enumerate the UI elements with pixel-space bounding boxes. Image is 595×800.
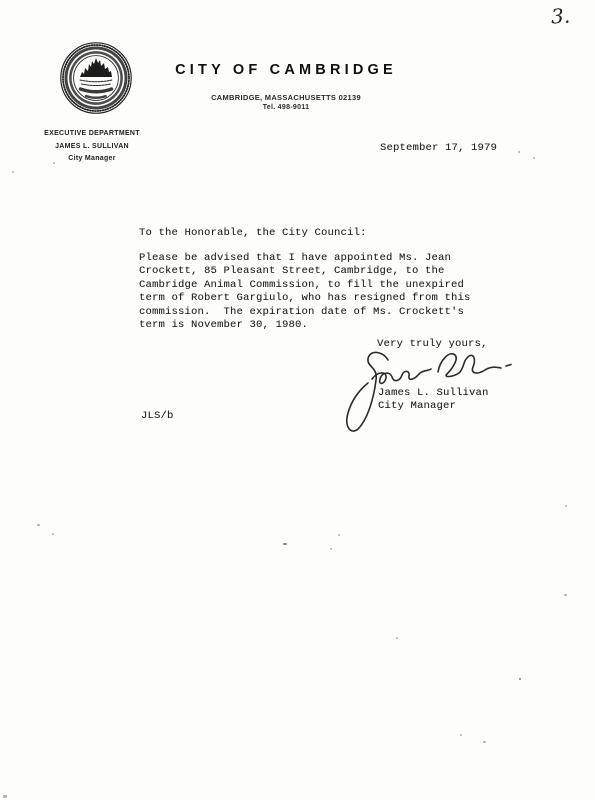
scan-artifact	[37, 524, 40, 526]
body-line: Please be advised that I have appointed …	[139, 252, 471, 265]
signer-title: City Manager	[378, 400, 456, 412]
scan-artifact	[565, 505, 567, 507]
scan-artifact	[564, 594, 567, 596]
scan-artifact	[338, 534, 340, 536]
scan-artifact	[52, 533, 54, 535]
letter-body: Please be advised that I have appointed …	[139, 252, 471, 332]
body-line: Crockett, 85 Pleasant Street, Cambridge,…	[139, 265, 471, 278]
department-name: EXECUTIVE DEPARTMENT	[38, 128, 146, 141]
scan-artifact	[53, 162, 55, 164]
letter-date: September 17, 1979	[380, 142, 497, 154]
reference-initials: JLS/b	[141, 410, 174, 422]
body-line: Cambridge Animal Commission, to fill the…	[139, 279, 471, 292]
executive-department-block: EXECUTIVE DEPARTMENT JAMES L. SULLIVAN C…	[38, 128, 146, 166]
scan-artifact	[3, 795, 7, 798]
city-title: CITY OF CAMBRIDGE	[170, 62, 402, 78]
phone-line: Tel. 498-9011	[170, 104, 402, 111]
scan-artifact	[396, 637, 398, 639]
body-line: commission. The expiration date of Ms. C…	[139, 306, 471, 319]
scan-artifact	[533, 157, 535, 159]
letterhead: CITY OF CAMBRIDGE CAMBRIDGE, MASSACHUSET…	[170, 62, 402, 111]
signer-name: James L. Sullivan	[378, 387, 489, 399]
body-line: term of Robert Gargiulo, who has resigne…	[139, 292, 471, 305]
city-seal-icon	[58, 41, 134, 115]
scan-artifact	[460, 734, 462, 736]
body-line: term is November 30, 1980.	[139, 319, 471, 332]
page-number: 3.	[550, 4, 570, 29]
scan-artifact	[518, 151, 520, 153]
address-line: CAMBRIDGE, MASSACHUSETTS 02139	[170, 93, 402, 102]
salutation: To the Honorable, the City Council:	[139, 227, 367, 239]
scan-artifact	[483, 741, 486, 743]
manager-name: JAMES L. SULLIVAN	[38, 141, 146, 154]
scan-artifact	[283, 543, 287, 545]
scan-artifact	[330, 548, 332, 550]
scan-artifact	[519, 678, 521, 680]
scan-artifact	[12, 171, 14, 173]
scanned-letter-page: 3. CITY OF CAMBRIDGE CAMBRIDGE, MASSACHU…	[0, 0, 595, 800]
